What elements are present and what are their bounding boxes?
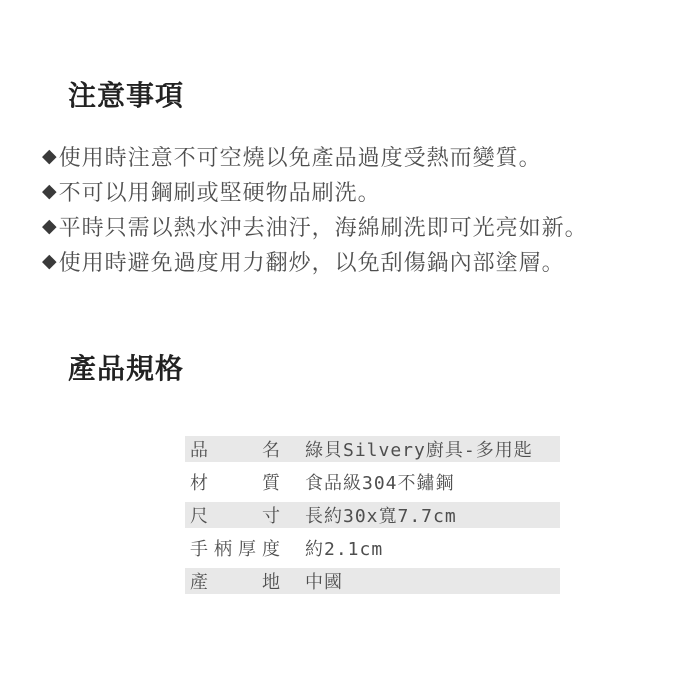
spec-row-name: 品名 綠貝Silvery廚具-多用匙: [185, 436, 560, 462]
note-item: ◆ 使用時避免過度用力翻炒，以免刮傷鍋內部塗層。: [42, 244, 588, 279]
spec-label: 手柄厚度: [190, 535, 280, 561]
spec-row-material: 材質 食品級304不鏽鋼: [185, 469, 560, 495]
note-item: ◆ 平時只需以熱水沖去油汙，海綿刷洗即可光亮如新。: [42, 209, 588, 244]
note-text: 不可以用鋼刷或堅硬物品刷洗。: [59, 176, 381, 207]
spec-value: 食品級304不鏽鋼: [305, 469, 455, 495]
spec-value: 中國: [305, 568, 343, 594]
notes-list: ◆ 使用時注意不可空燒以免產品過度受熱而變質。 ◆ 不可以用鋼刷或堅硬物品刷洗。…: [42, 139, 588, 279]
spec-row-handle-thickness: 手柄厚度 約2.1cm: [185, 535, 560, 561]
spec-label: 產地: [190, 568, 280, 594]
spec-row-size: 尺寸 長約30x寬7.7cm: [185, 502, 560, 528]
note-text: 使用時注意不可空燒以免產品過度受熱而變質。: [59, 141, 542, 172]
diamond-bullet-icon: ◆: [42, 182, 57, 201]
spec-value: 長約30x寬7.7cm: [305, 502, 457, 528]
product-description-page: 注意事項 ◆ 使用時注意不可空燒以免產品過度受熱而變質。 ◆ 不可以用鋼刷或堅硬…: [0, 0, 696, 696]
spec-label: 材質: [190, 469, 280, 495]
specs-section-title: 產品規格: [68, 355, 184, 383]
diamond-bullet-icon: ◆: [42, 147, 57, 166]
note-text: 使用時避免過度用力翻炒，以免刮傷鍋內部塗層。: [59, 246, 565, 277]
spec-value: 綠貝Silvery廚具-多用匙: [305, 436, 533, 462]
diamond-bullet-icon: ◆: [42, 252, 57, 271]
spec-label: 品名: [190, 436, 280, 462]
spec-value: 約2.1cm: [305, 535, 383, 561]
note-item: ◆ 不可以用鋼刷或堅硬物品刷洗。: [42, 174, 588, 209]
spec-label: 尺寸: [190, 502, 280, 528]
note-item: ◆ 使用時注意不可空燒以免產品過度受熱而變質。: [42, 139, 588, 174]
spec-row-origin: 產地 中國: [185, 568, 560, 594]
notes-section-title: 注意事項: [68, 82, 184, 110]
diamond-bullet-icon: ◆: [42, 217, 57, 236]
spec-table: 品名 綠貝Silvery廚具-多用匙 材質 食品級304不鏽鋼 尺寸 長約30x…: [185, 436, 560, 601]
note-text: 平時只需以熱水沖去油汙，海綿刷洗即可光亮如新。: [59, 211, 588, 242]
